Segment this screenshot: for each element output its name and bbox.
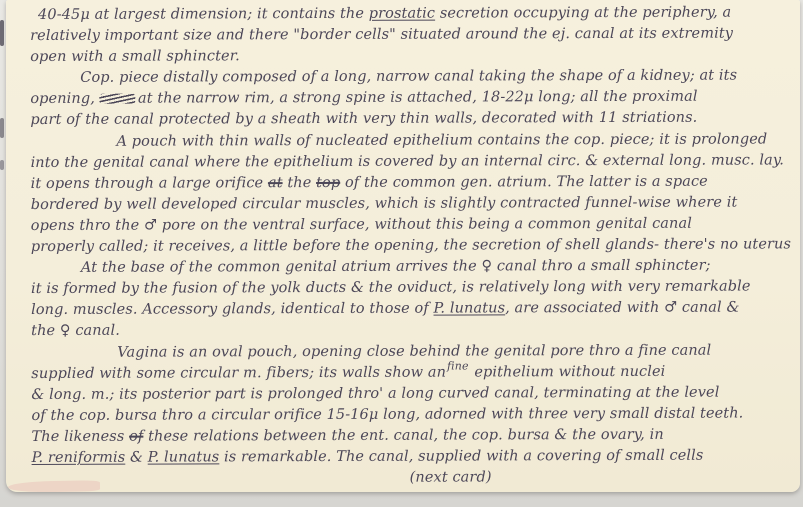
line-text: , are associated with ♂ canal & (505, 300, 739, 317)
handwritten-line: supplied with some circular m. fibers; i… (31, 361, 791, 385)
line-text: relatively important size and there "bor… (30, 26, 733, 44)
handwritten-line: the ♀ canal. (31, 319, 791, 343)
handwritten-line: of the cop. bursa thro a circular orific… (31, 403, 791, 427)
handwritten-line: it opens through a large orifice at the … (31, 171, 791, 195)
handwritten-line: part of the canal protected by a sheath … (30, 108, 790, 132)
scribbled-out-word (99, 94, 135, 104)
scan-edge-mark (0, 20, 4, 46)
line-text: & long. m.; its posterior part is prolon… (31, 384, 719, 402)
line-text: At the base of the common genital atrium… (81, 258, 711, 276)
species-name: P. lunatus (148, 449, 220, 465)
struck-word: top (316, 175, 340, 191)
handwritten-line: opens thro the ♂ pore on the ventral sur… (31, 213, 791, 237)
handwritten-line: open with a small sphincter. (30, 45, 790, 69)
handwritten-line: into the genital canal where the epithel… (31, 150, 791, 174)
line-text: it opens through a large orifice (31, 175, 268, 192)
handwritten-line: A pouch with thin walls of nucleated epi… (30, 129, 790, 153)
handwritten-line: P. reniformis & P. lunatus is remarkable… (32, 445, 792, 469)
handwritten-text-block: 40-45μ at largest dimension; it contains… (30, 2, 792, 490)
line-text: Vagina is an oval pouch, opening close b… (117, 342, 711, 360)
handwritten-line: (next card) (32, 466, 792, 490)
scan-edge-mark (0, 160, 4, 170)
line-text: these relations between the ent. canal, … (143, 427, 663, 445)
line-text: part of the canal protected by a sheath … (30, 110, 697, 128)
line-text: into the genital canal where the epithel… (31, 152, 784, 171)
handwritten-line: The likeness of these relations between … (31, 424, 791, 448)
line-text: opens thro the ♂ pore on the ventral sur… (31, 216, 692, 234)
underlined-term: prostatic (369, 6, 435, 22)
handwritten-line: relatively important size and there "bor… (30, 23, 790, 47)
handwritten-line: it is formed by the fusion of the yolk d… (31, 277, 791, 301)
handwritten-line: At the base of the common genital atrium… (31, 255, 791, 279)
line-text: The likeness (31, 429, 129, 445)
handwritten-line: Vagina is an oval pouch, opening close b… (31, 340, 791, 364)
handwritten-line: opening,at the narrow rim, a strong spin… (30, 87, 790, 111)
scan-edge-mark (0, 118, 4, 138)
handwritten-line: properly called; it receives, a little b… (31, 234, 791, 258)
line-text: of the cop. bursa thro a circular orific… (31, 405, 743, 423)
line-text: the (283, 175, 317, 191)
line-text: A pouch with thin walls of nucleated epi… (116, 131, 767, 149)
line-text: of the common gen. atrium. The latter is… (340, 173, 708, 190)
handwritten-line: bordered by well developed circular musc… (31, 192, 791, 216)
line-text: bordered by well developed circular musc… (31, 194, 738, 212)
line-text: & (125, 450, 147, 466)
line-text: it is formed by the fusion of the yolk d… (31, 279, 751, 298)
line-text: Cop. piece distally composed of a long, … (80, 68, 737, 86)
line-text: 40-45μ at largest dimension; it contains… (38, 6, 369, 23)
handwritten-line: Cop. piece distally composed of a long, … (30, 66, 790, 90)
line-text: opening, (30, 91, 95, 107)
species-name: P. reniformis (32, 450, 126, 466)
line-text: long. muscles. Accessory glands, identic… (31, 301, 433, 318)
struck-word: of (129, 428, 143, 444)
pink-edge-smudge (8, 480, 100, 493)
line-text: at the narrow rim, a strong spine is att… (138, 89, 698, 107)
line-text: open with a small sphincter. (30, 48, 240, 65)
continuation-note: (next card) (410, 469, 492, 485)
line-text: secretion occupying at the periphery, a (435, 5, 731, 22)
line-text: supplied with some circular m. fibers; i… (31, 364, 446, 381)
species-name: P. lunatus (433, 301, 505, 317)
scanned-document: 40-45μ at largest dimension; it contains… (0, 0, 803, 507)
line-text: properly called; it receives, a little b… (31, 236, 791, 255)
index-card: 40-45μ at largest dimension; it contains… (6, 0, 800, 492)
line-text: the ♀ canal. (31, 323, 120, 339)
handwritten-line: & long. m.; its posterior part is prolon… (31, 382, 791, 406)
inserted-word: fine (447, 355, 469, 376)
line-text: epithelium without nuclei (470, 363, 666, 380)
handwritten-line: 40-45μ at largest dimension; it contains… (30, 2, 790, 26)
line-text: is remarkable. The canal, supplied with … (219, 448, 703, 466)
struck-word: at (268, 175, 283, 191)
handwritten-line: long. muscles. Accessory glands, identic… (31, 298, 791, 322)
